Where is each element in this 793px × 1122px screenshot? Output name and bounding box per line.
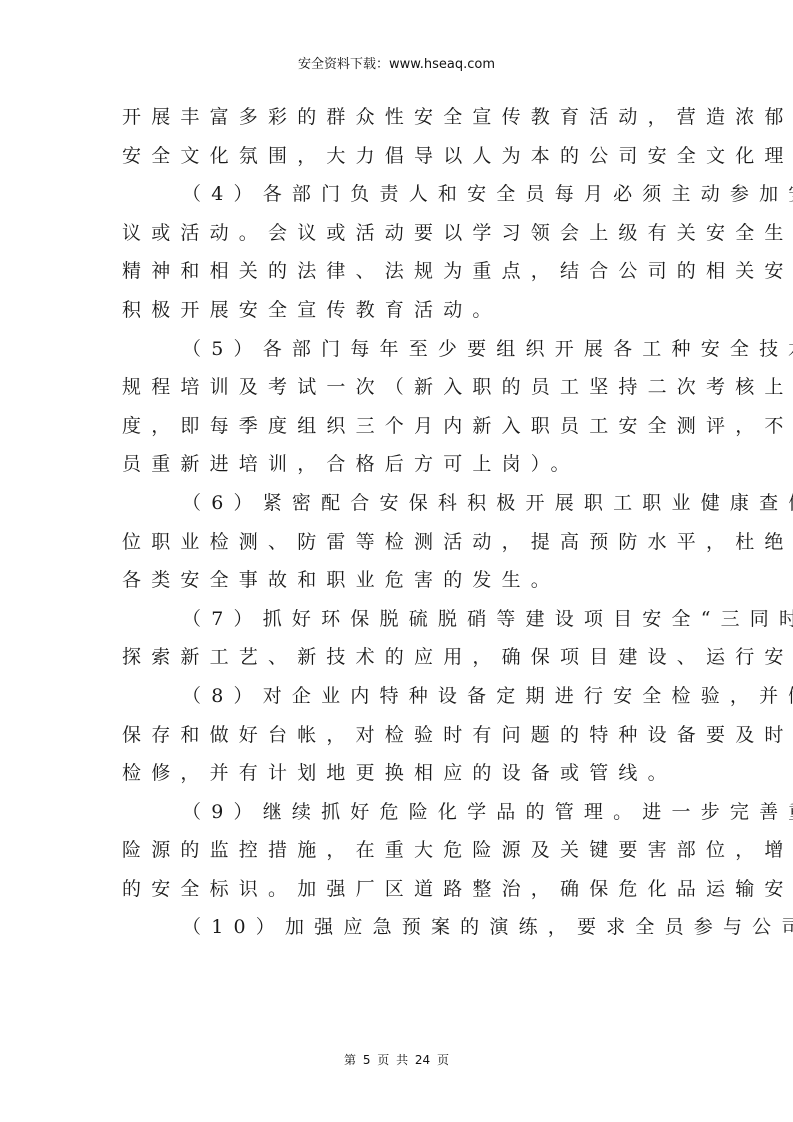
paragraph-item-6-start: （6）紧密配合安保科积极开展职工职业健康查体、岗 xyxy=(122,488,674,527)
text-line: 险源的监控措施，在重大危险源及关键要害部位，增设醒目 xyxy=(122,835,674,874)
text-line: 员重新进培训，合格后方可上岗）。 xyxy=(122,449,674,488)
document-body: 开展丰富多彩的群众性安全宣传教育活动，营造浓郁的企业 安全文化氛围，大力倡导以人… xyxy=(122,102,674,951)
text-line: 位职业检测、防雷等检测活动，提高预防水平，杜绝或减少 xyxy=(122,527,674,566)
paragraph-item-7-start: （7）抓好环保脱硫脱硝等建设项目安全“三同时”工作， xyxy=(122,604,674,643)
text-line: 各类安全事故和职业危害的发生。 xyxy=(122,565,674,604)
page-footer: 第 5 页 共 24 页 xyxy=(0,1051,793,1068)
text-line: 议或活动。会议或活动要以学习领会上级有关安全生产指示 xyxy=(122,218,674,257)
paragraph-item-10-start: （10）加强应急预案的演练，要求全员参与公司级安全 xyxy=(122,912,674,951)
text-line: 规程培训及考试一次（新入职的员工坚持二次考核上岗制 xyxy=(122,372,674,411)
text-line: 精神和相关的法律、法规为重点，结合公司的相关安全规定， xyxy=(122,256,674,295)
text-line: 开展丰富多彩的群众性安全宣传教育活动，营造浓郁的企业 xyxy=(122,102,674,141)
paragraph-item-9-start: （9）继续抓好危险化学品的管理。进一步完善重大危 xyxy=(122,797,674,836)
text-line: 保存和做好台帐，对检验时有问题的特种设备要及时停用或 xyxy=(122,720,674,759)
paragraph-item-8-start: （8）对企业内特种设备定期进行安全检验，并做资料 xyxy=(122,681,674,720)
text-line: 安全文化氛围，大力倡导以人为本的公司安全文化理念。 xyxy=(122,141,674,180)
text-line: 的安全标识。加强厂区道路整治，确保危化品运输安全。 xyxy=(122,874,674,913)
text-line: 检修，并有计划地更换相应的设备或管线。 xyxy=(122,758,674,797)
paragraph-item-5-start: （5）各部门每年至少要组织开展各工种安全技术操作 xyxy=(122,334,674,373)
text-line: 探索新工艺、新技术的应用，确保项目建设、运行安全。 xyxy=(122,642,674,681)
text-line: 积极开展安全宣传教育活动。 xyxy=(122,295,674,334)
page-header: 安全资料下载：www.hseaq.com xyxy=(0,53,793,72)
text-line: 度，即每季度组织三个月内新入职员工安全测评，不合格人 xyxy=(122,411,674,450)
paragraph-item-4-start: （4）各部门负责人和安全员每月必须主动参加安全会 xyxy=(122,179,674,218)
